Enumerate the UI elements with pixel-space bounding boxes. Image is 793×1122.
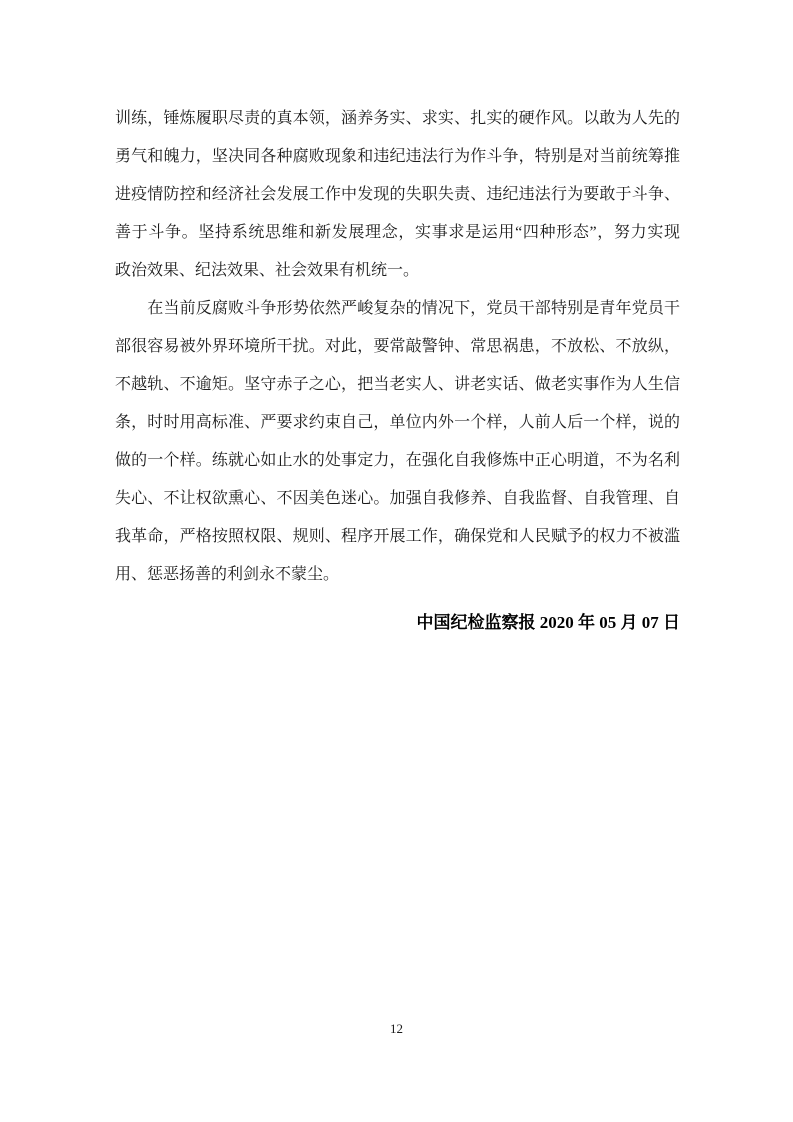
- document-body: 训练，锤炼履职尽责的真本领，涵养务实、求实、扎实的硬作风。以敢为人先的勇气和魄力…: [115, 100, 680, 648]
- attribution-line: 中国纪检监察报 2020 年 05 月 07 日: [115, 610, 680, 648]
- text-line: 善于斗争。坚持系统思维和新发展理念，实事求是运用“四种形态”，努力实现: [115, 214, 680, 252]
- text-line: 进疫情防控和经济社会发展工作中发现的失职失责、违纪违法行为要敢于斗争、: [115, 176, 680, 214]
- text-line: 训练，锤炼履职尽责的真本领，涵养务实、求实、扎实的硬作风。以敢为人先的: [115, 100, 680, 138]
- text-line: 做的一个样。练就心如止水的处事定力，在强化自我修炼中正心明道，不为名利: [115, 442, 680, 480]
- text-line: 勇气和魄力，坚决同各种腐败现象和违纪违法行为作斗争，特别是对当前统筹推: [115, 138, 680, 176]
- document-text: 训练，锤炼履职尽责的真本领，涵养务实、求实、扎实的硬作风。以敢为人先的勇气和魄力…: [115, 100, 680, 594]
- text-line: 不越轨、不逾矩。坚守赤子之心，把当老实人、讲老实话、做老实事作为人生信: [115, 366, 680, 404]
- document-page: 训练，锤炼履职尽责的真本领，涵养务实、求实、扎实的硬作风。以敢为人先的勇气和魄力…: [0, 0, 793, 1122]
- text-line: 我革命，严格按照权限、规则、程序开展工作，确保党和人民赋予的权力不被滥: [115, 518, 680, 556]
- text-line: 政治效果、纪法效果、社会效果有机统一。: [115, 252, 680, 290]
- text-line: 条，时时用高标准、严要求约束自己，单位内外一个样，人前人后一个样，说的: [115, 404, 680, 442]
- text-line: 用、惩恶扬善的利剑永不蒙尘。: [115, 556, 680, 594]
- text-line: 在当前反腐败斗争形势依然严峻复杂的情况下，党员干部特别是青年党员干: [115, 290, 680, 328]
- text-line: 部很容易被外界环境所干扰。对此，要常敲警钟、常思祸患，不放松、不放纵，: [115, 328, 680, 366]
- page-number: 12: [0, 1021, 793, 1037]
- text-line: 失心、不让权欲熏心、不因美色迷心。加强自我修养、自我监督、自我管理、自: [115, 480, 680, 518]
